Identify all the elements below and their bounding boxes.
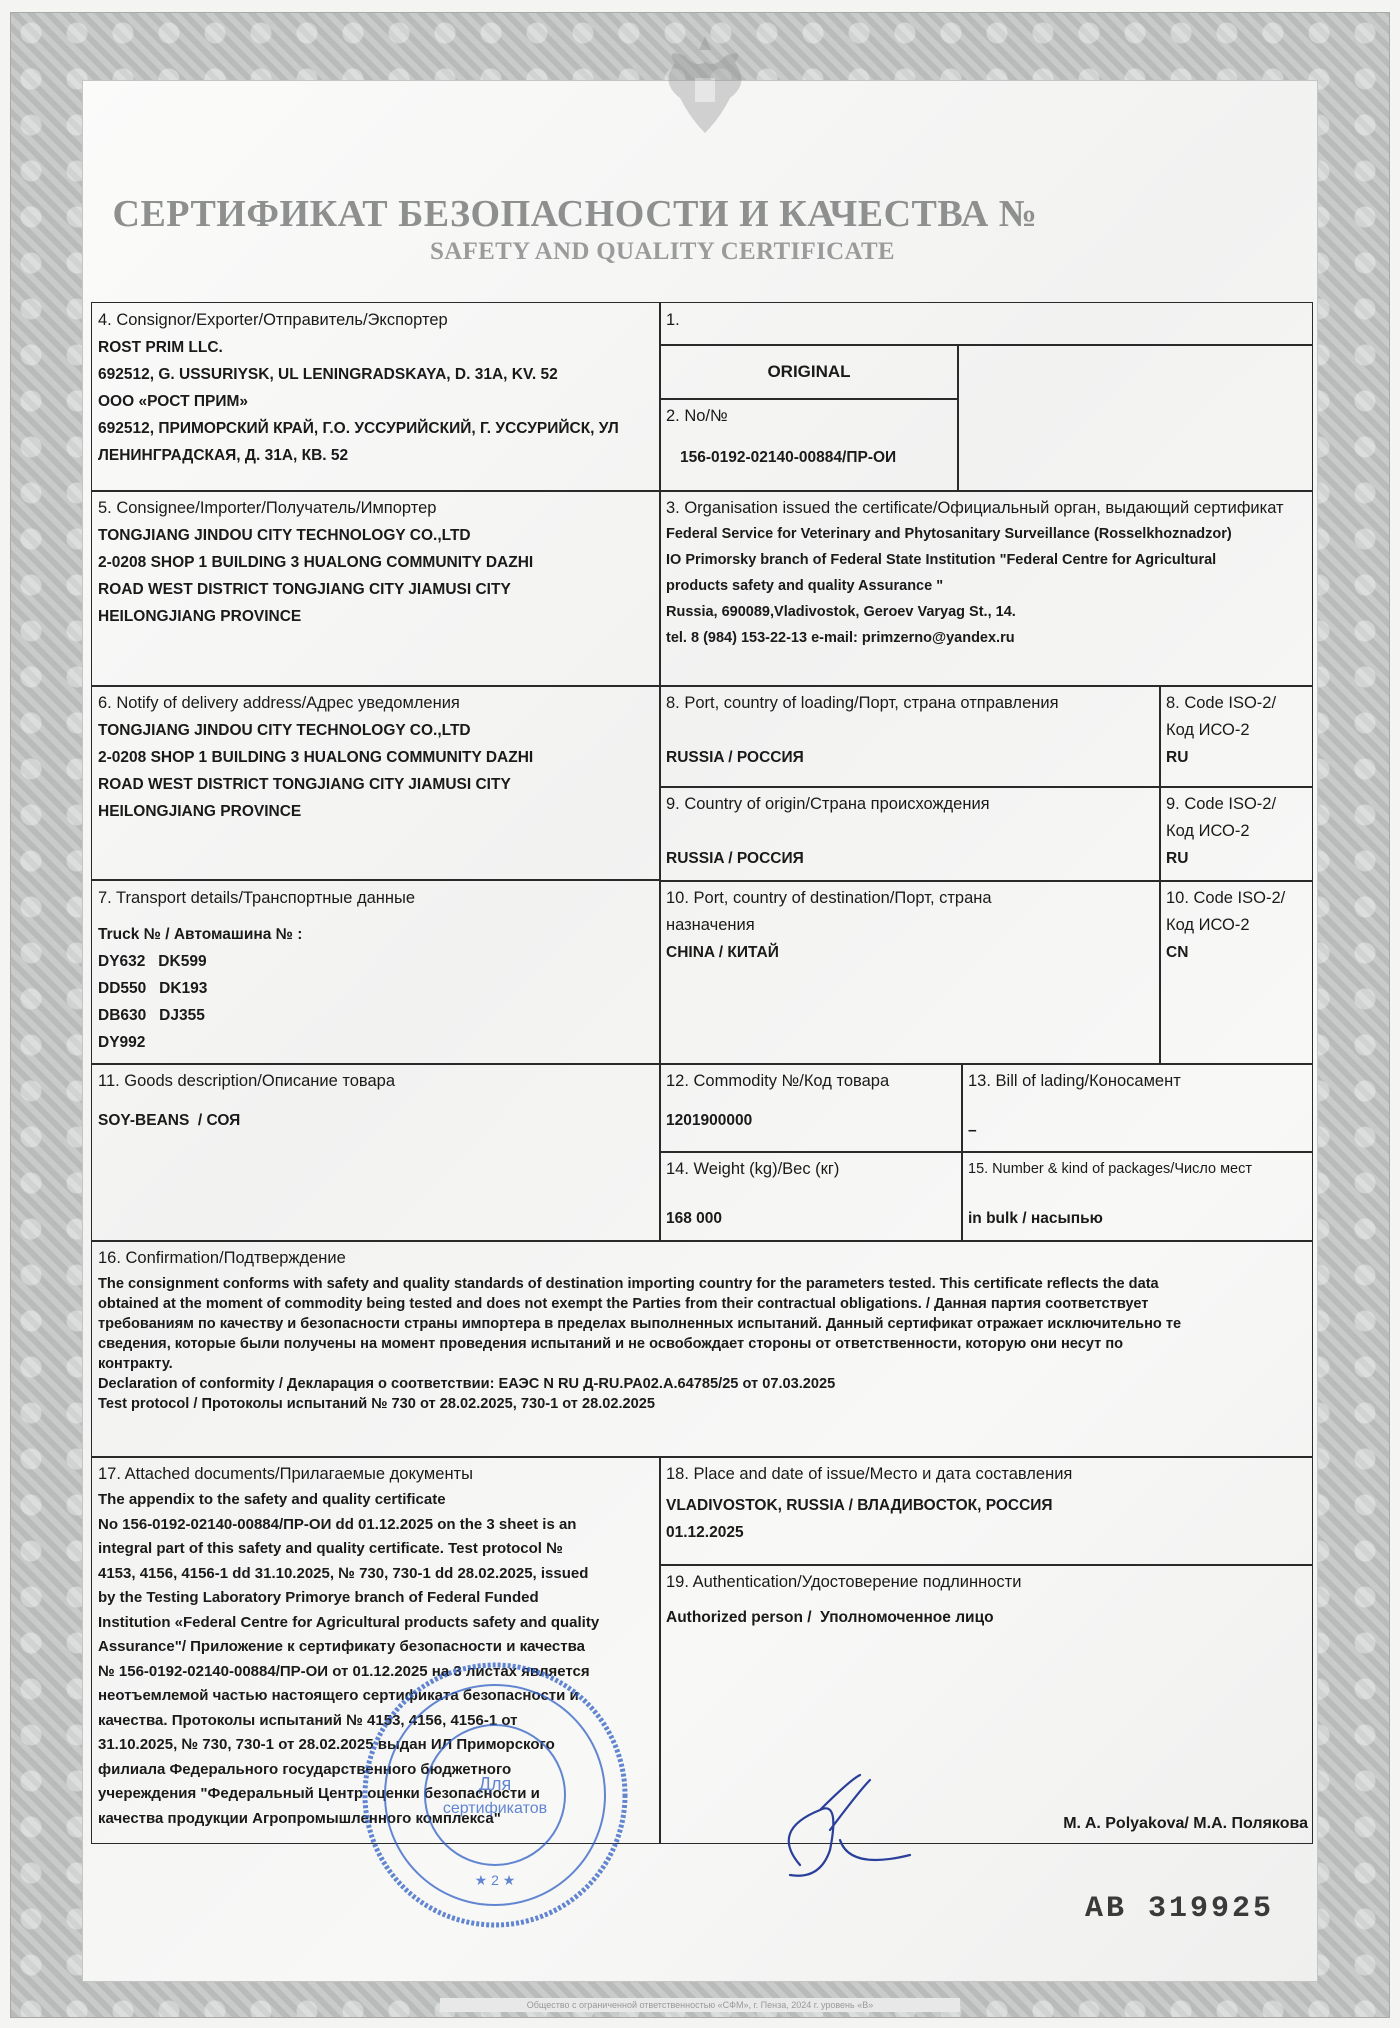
issuer-line: Federal Service for Veterinary and Phyto… (666, 521, 1306, 547)
attached-line: качества продукции Агропромышленного ком… (98, 1807, 654, 1832)
box-1: 1. (659, 302, 1313, 346)
destination-code: CN (1166, 939, 1306, 966)
attached-line: филиала Федерального государственного бю… (98, 1758, 654, 1783)
consignee-line: HEILONGJIANG PROVINCE (98, 603, 654, 630)
confirmation-label: 16. Confirmation/Подтверждение (98, 1245, 1306, 1272)
box-loading-code: 8. Code ISO-2/ Код ИСО-2 RU (1159, 685, 1313, 788)
attached-label: 17. Attached documents/Прилагаемые докум… (98, 1461, 654, 1488)
origin-label: 9. Country of origin/Страна происхождени… (666, 791, 1154, 818)
authentication-label: 19. Authentication/Удостоверение подлинн… (666, 1569, 1306, 1596)
title-en: SAFETY AND QUALITY CERTIFICATE (430, 238, 1010, 266)
consignor-line: 692512, G. USSURIYSK, UL LENINGRADSKAYA,… (98, 361, 654, 388)
consignee-label: 5. Consignee/Importer/Получатель/Импорте… (98, 495, 654, 522)
issuer-line: products safety and quality Assurance " (666, 573, 1306, 599)
place-date-label: 18. Place and date of issue/Место и дата… (666, 1461, 1306, 1488)
confirmation-line: требованиям по качеству и безопасности с… (98, 1314, 1306, 1334)
box-port-of-destination: 10. Port, country of destination/Порт, с… (659, 880, 1161, 1065)
transport-label: 7. Transport details/Транспортные данные (98, 885, 654, 912)
bill-of-lading-label: 13. Bill of lading/Коносамент (968, 1068, 1306, 1095)
title-ru: СЕРТИФИКАТ БЕЗОПАСНОСТИ И КАЧЕСТВА № (95, 192, 1055, 236)
box-origin-code: 9. Code ISO-2/ Код ИСО-2 RU (1159, 786, 1313, 882)
notify-line: 2-0208 SHOP 1 BUILDING 3 HUALONG COMMUNI… (98, 744, 654, 771)
destination-label: 10. Port, country of destination/Порт, с… (666, 885, 1154, 912)
confirmation-line: контракту. (98, 1354, 1306, 1374)
attached-line: качества. Протоколы испытаний № 4153, 41… (98, 1709, 654, 1734)
box-country-of-origin: 9. Country of origin/Страна происхождени… (659, 786, 1161, 882)
attached-line: Institution «Federal Centre for Agricult… (98, 1611, 654, 1636)
box-bill-of-lading: 13. Bill of lading/Коносамент – (961, 1063, 1313, 1153)
box-authentication: 19. Authentication/Удостоверение подлинн… (659, 1564, 1313, 1844)
confirmation-line: obtained at the moment of commodity bein… (98, 1294, 1306, 1314)
goods-value: SOY-BEANS / СОЯ (98, 1107, 654, 1134)
cert-number-label: 2. No/№ (666, 403, 952, 430)
box-certificate-number: 2. No/№ 156-0192-02140-00884/ПР-ОИ (659, 398, 959, 492)
box-packages: 15. Number & kind of packages/Число мест… (961, 1151, 1313, 1242)
attached-line: неотъемлемой частью настоящего сертифика… (98, 1684, 654, 1709)
notify-label: 6. Notify of delivery address/Адрес увед… (98, 690, 654, 717)
truck-label: Truck № / Автомашина № : (98, 921, 654, 948)
attached-line: 31.10.2025, № 730, 730-1 от 28.02.2025 в… (98, 1733, 654, 1758)
attached-line: Assurance"/ Приложение к сертификату без… (98, 1635, 654, 1660)
attached-line: учереждения "Федеральный Центр оценки бе… (98, 1782, 654, 1807)
printer-imprint: Общество с ограниченной ответственностью… (440, 1998, 960, 2012)
place-of-issue: VLADIVOSTOK, RUSSIA / ВЛАДИВОСТОК, РОССИ… (666, 1492, 1306, 1519)
box-transport-details: 7. Transport details/Транспортные данные… (91, 880, 661, 1065)
consignee-line: TONGJIANG JINDOU CITY TECHNOLOGY CO.,LTD (98, 522, 654, 549)
weight-value: 168 000 (666, 1205, 956, 1232)
loading-value: RUSSIA / РОССИЯ (666, 744, 1154, 771)
issuer-contact: tel. 8 (984) 153-22-13 e-mail: primzerno… (666, 625, 1306, 651)
notify-line: HEILONGJIANG PROVINCE (98, 798, 654, 825)
box-confirmation: 16. Confirmation/Подтверждение The consi… (91, 1240, 1313, 1458)
box-goods-description: 11. Goods description/Описание товара SO… (91, 1063, 661, 1242)
destination-label-ru: назначения (666, 912, 1154, 939)
weight-label: 14. Weight (kg)/Вес (кг) (666, 1156, 956, 1183)
origin-code-label-ru: Код ИСО-2 (1166, 818, 1306, 845)
consignor-label: 4. Consignor/Exporter/Отправитель/Экспор… (98, 307, 654, 334)
declaration-of-conformity: Declaration of conformity / Декларация о… (98, 1374, 1306, 1394)
box-blank (957, 344, 1313, 492)
notify-line: ROAD WEST DISTRICT TONGJIANG CITY JIAMUS… (98, 771, 654, 798)
original-mark: ORIGINAL (659, 344, 959, 400)
issuer-label: 3. Organisation issued the certificate/О… (666, 495, 1306, 521)
origin-code-label: 9. Code ISO-2/ (1166, 791, 1306, 818)
loading-code-label: 8. Code ISO-2/ (1166, 690, 1306, 717)
truck-numbers: DB630 DJ355 (98, 1002, 654, 1029)
origin-value: RUSSIA / РОССИЯ (666, 845, 1154, 872)
date-of-issue: 01.12.2025 (666, 1519, 1306, 1546)
confirmation-line: The consignment conforms with safety and… (98, 1274, 1306, 1294)
issuer-line: Russia, 690089,Vladivostok, Geroev Varya… (666, 599, 1306, 625)
box-consignor: 4. Consignor/Exporter/Отправитель/Экспор… (91, 302, 661, 492)
truck-numbers: DD550 DK193 (98, 975, 654, 1002)
consignee-line: ROAD WEST DISTRICT TONGJIANG CITY JIAMUS… (98, 576, 654, 603)
attached-line: The appendix to the safety and quality c… (98, 1488, 654, 1513)
goods-label: 11. Goods description/Описание товара (98, 1068, 654, 1095)
loading-code-label-ru: Код ИСО-2 (1166, 717, 1306, 744)
confirmation-line: сведения, которые были получены на момен… (98, 1334, 1306, 1354)
commodity-value: 1201900000 (666, 1107, 956, 1134)
consignee-line: 2-0208 SHOP 1 BUILDING 3 HUALONG COMMUNI… (98, 549, 654, 576)
destination-value: CHINA / КИТАЙ (666, 939, 1154, 966)
packages-value: in bulk / насыпью (968, 1205, 1306, 1232)
box-commodity-code: 12. Commodity №/Код товара 1201900000 (659, 1063, 963, 1153)
destination-code-label: 10. Code ISO-2/ (1166, 885, 1306, 912)
consignor-line: 692512, ПРИМОРСКИЙ КРАЙ, Г.О. УССУРИЙСКИ… (98, 415, 654, 442)
loading-code: RU (1166, 744, 1306, 771)
box-attached-documents: 17. Attached documents/Прилагаемые докум… (91, 1456, 661, 1844)
original-label: ORIGINAL (767, 362, 850, 381)
truck-numbers: DY992 (98, 1029, 654, 1056)
commodity-label: 12. Commodity №/Код товара (666, 1068, 956, 1095)
loading-label: 8. Port, country of loading/Порт, страна… (666, 690, 1154, 717)
coat-of-arms-icon (645, 28, 765, 148)
signer-name: M. A. Polyakova/ M.A. Полякова (1063, 1810, 1308, 1837)
cert-number: 156-0192-02140-00884/ПР-ОИ (666, 444, 952, 471)
serial-number: AB 319925 (1085, 1892, 1274, 1926)
attached-line: № 156-0192-02140-00884/ПР-ОИ от 01.12.20… (98, 1660, 654, 1685)
truck-numbers: DY632 DK599 (98, 948, 654, 975)
destination-code-label-ru: Код ИСО-2 (1166, 912, 1306, 939)
box-issuing-organisation: 3. Organisation issued the certificate/О… (659, 490, 1313, 687)
packages-label: 15. Number & kind of packages/Число мест (968, 1156, 1306, 1183)
box-destination-code: 10. Code ISO-2/ Код ИСО-2 CN (1159, 880, 1313, 1065)
test-protocol: Test protocol / Протоколы испытаний № 73… (98, 1394, 1306, 1414)
box-weight: 14. Weight (kg)/Вес (кг) 168 000 (659, 1151, 963, 1242)
notify-line: TONGJIANG JINDOU CITY TECHNOLOGY CO.,LTD (98, 717, 654, 744)
bill-of-lading-value: – (968, 1117, 1306, 1144)
origin-code: RU (1166, 845, 1306, 872)
box1-label: 1. (666, 311, 680, 329)
attached-line: integral part of this safety and quality… (98, 1537, 654, 1562)
consignor-line: ROST PRIM LLC. (98, 334, 654, 361)
box-notify-address: 6. Notify of delivery address/Адрес увед… (91, 685, 661, 880)
issuer-line: IO Primorsky branch of Federal State Ins… (666, 547, 1306, 573)
box-place-date-of-issue: 18. Place and date of issue/Место и дата… (659, 1456, 1313, 1566)
attached-line: 4153, 4156, 4156-1 dd 31.10.2025, № 730,… (98, 1562, 654, 1587)
consignor-line: ЛЕНИНГРАДСКАЯ, Д. 31А, КВ. 52 (98, 442, 654, 469)
attached-line: No 156-0192-02140-00884/ПР-ОИ dd 01.12.2… (98, 1513, 654, 1538)
box-port-of-loading: 8. Port, country of loading/Порт, страна… (659, 685, 1161, 788)
authorized-person: Authorized person / Уполномоченное лицо (666, 1604, 1306, 1631)
consignor-line: ООО «РОСТ ПРИМ» (98, 388, 654, 415)
box-consignee: 5. Consignee/Importer/Получатель/Импорте… (91, 490, 661, 687)
attached-line: by the Testing Laboratory Primorye branc… (98, 1586, 654, 1611)
